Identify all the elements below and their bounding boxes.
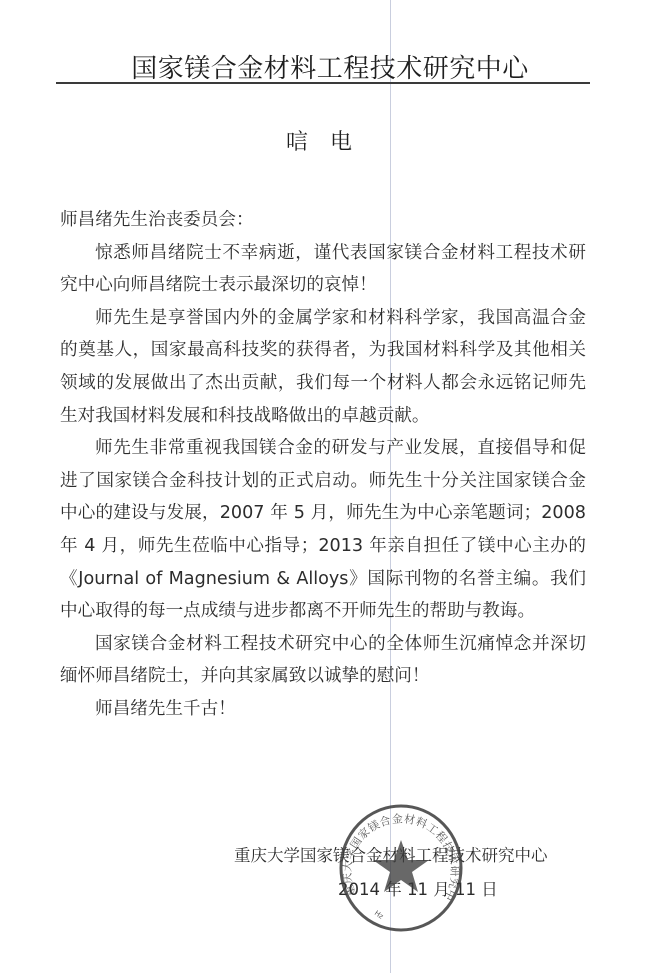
official-seal-icon: 重庆大学国家镁合金材料工程技术研究中心 Hz [336, 802, 466, 934]
document-title: 唁电 [0, 125, 650, 156]
seal-bottom-text: Hz [373, 909, 385, 921]
letterhead-divider [56, 82, 590, 84]
letter-body: 师昌绪先生治丧委员会： 惊悉师昌绪院士不幸病逝，谨代表国家镁合金材料工程技术研究… [60, 204, 586, 726]
paragraph-mourning: 国家镁合金材料工程技术研究中心的全体师生沉痛悼念并深切缅怀师昌绪院士，并向其家属… [60, 628, 586, 693]
signature-date: 2014 年 11 月 11 日 [338, 876, 498, 900]
paragraph-farewell: 师昌绪先生千古！ [60, 693, 586, 726]
paragraph-achievements: 师先生是享誉国内外的金属学家和材料科学家，我国高温合金的奠基人，国家最高科技奖的… [60, 302, 586, 432]
paragraph-magnesium-support: 师先生非常重视我国镁合金的研发与产业发展，直接倡导和促进了国家镁合金科技计划的正… [60, 432, 586, 628]
letterhead-organization: 国家镁合金材料工程技术研究中心 [0, 48, 650, 85]
signature-organization: 重庆大学国家镁合金材料工程技术研究中心 [234, 842, 584, 866]
paragraph-condolence: 惊悉师昌绪院士不幸病逝，谨代表国家镁合金材料工程技术研究中心向师昌绪院士表示最深… [60, 237, 586, 302]
document-page: 国家镁合金材料工程技术研究中心 唁电 师昌绪先生治丧委员会： 惊悉师昌绪院士不幸… [0, 0, 650, 973]
salutation: 师昌绪先生治丧委员会： [60, 204, 586, 237]
